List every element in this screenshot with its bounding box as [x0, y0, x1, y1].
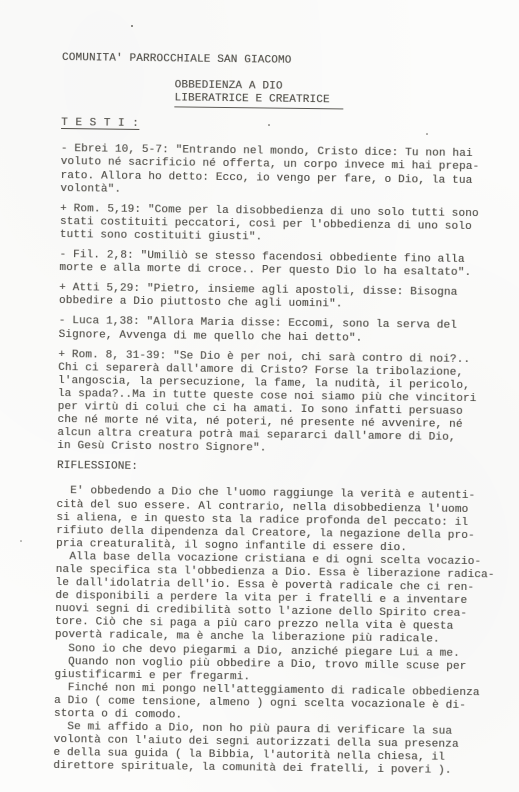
document-page: COMUNITA' PARROCCHIALE SAN GIACOMO OBBED… — [0, 0, 519, 792]
organization-line: COMUNITA' PARROCCHIALE SAN GIACOMO — [62, 52, 514, 71]
scripture-item-rom-8: + Rom. 8, 31-39: "Se Dio è per noi, chi … — [57, 349, 510, 459]
scan-speck — [20, 540, 22, 542]
reflection-paragraph: Alla base della vocazione cristiana e di… — [55, 551, 508, 648]
title-line-1: OBBEDIENZA A DIO — [175, 79, 283, 93]
scripture-item-luca: - Luca 1,38: "Allora Maria disse: Eccomi… — [58, 315, 510, 347]
scripture-item-fil: - Fil. 2,8: "Umiliò se stesso facendosi … — [59, 249, 511, 281]
reflection-paragraph: Se mi affido a Dio, non ho più paura di … — [53, 721, 506, 779]
scan-speck — [131, 25, 133, 27]
reflection-paragraph: Finché non mi pongo nell'atteggiamento d… — [54, 682, 506, 727]
title-line-2: LIBERATRICE E CREATRICE — [174, 93, 343, 110]
scripture-item-atti: + Atti 5,29: "Pietro, insieme agli apost… — [59, 282, 511, 314]
scripture-item-ebrei: - Ebrei 10, 5-7: "Entrando nel mondo, Cr… — [60, 143, 513, 201]
typewritten-content: COMUNITA' PARROCCHIALE SAN GIACOMO OBBED… — [53, 52, 514, 779]
reflection-paragraph: E' obbedendo a Dio che l'uomo raggiunge … — [56, 485, 509, 556]
section-heading-testi: T E S T I : — [61, 117, 513, 136]
scripture-item-rom-5: + Rom. 5,19: "Come per la disobbedienza … — [60, 203, 512, 248]
document-title: OBBEDIENZA A DIO LIBERATRICE E CREATRICE — [174, 79, 513, 111]
section-heading-riflessione: RIFLESSIONE: — [57, 460, 509, 479]
